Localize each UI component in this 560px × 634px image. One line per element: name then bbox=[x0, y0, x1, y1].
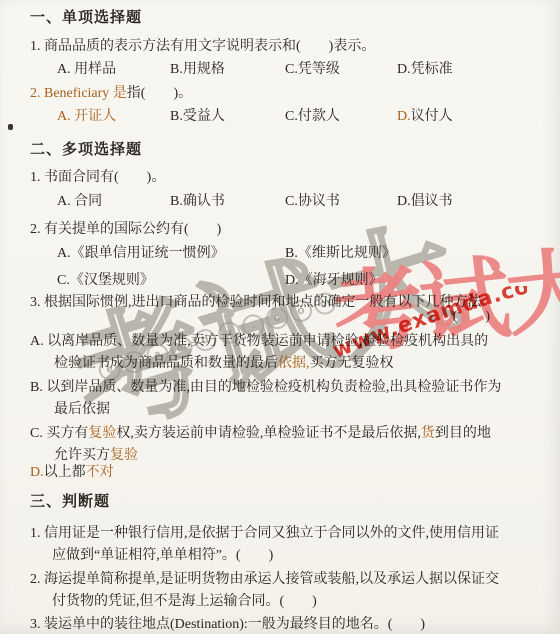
option-text-highlight: 复验 bbox=[88, 426, 116, 441]
options-s2q1: A. 合同 B.确认书 C.协议书 D.倡议书 bbox=[57, 194, 542, 210]
option-d-text: 议付人 bbox=[411, 109, 453, 124]
option-c: C.付款人 bbox=[285, 109, 397, 125]
question-line: 1. 信用证是一种银行信用,是依据于合同又独立于合同以外的文件,使用信用证 bbox=[30, 523, 542, 545]
option-text-highlight: 复验 bbox=[110, 448, 138, 463]
option-a: A. 合同 bbox=[57, 194, 170, 210]
option-s2q3-b: B. 以到岸品质、数量为准,由目的地检验检疫机构负责检验,出具检验证书作为 最后… bbox=[30, 377, 542, 421]
question-line: 2. 海运提单简称提单,是证明货物由承运人接管或装船,以及承运人据以保证交 bbox=[30, 569, 542, 591]
section-multi-choice: 二、多项选择题 1. 书面合同有( )。 A. 合同 B.确认书 C.协议书 D… bbox=[30, 142, 542, 481]
options-s2q2-row2: C.《汉堡规则》 D.《海牙规则》 bbox=[57, 273, 542, 289]
question-s3q1: 1. 信用证是一种银行信用,是依据于合同又独立于合同以外的文件,使用信用证 应做… bbox=[30, 523, 542, 567]
option-a: A. 开证人 bbox=[57, 109, 170, 125]
option-s2q3-d: D.以上都不对 bbox=[30, 465, 542, 481]
exam-page: 考试大 examda.com 考试大 www.examda.com 一、单项选择… bbox=[0, 0, 560, 634]
question-s3q2: 2. 海运提单简称提单,是证明货物由承运人接管或装船,以及承运人据以保证交 付货… bbox=[30, 569, 542, 613]
exam-content: 一、单项选择题 1. 商品品质的表示方法有用文字说明表示和( )表示。 A. 用… bbox=[0, 0, 560, 634]
question-s1q1: 1. 商品品质的表示方法有用文字说明表示和( )表示。 bbox=[30, 39, 542, 55]
option-d: D.《海牙规则》 bbox=[285, 273, 542, 289]
section-title: 三、判断题 bbox=[30, 494, 542, 510]
section-single-choice: 一、单项选择题 1. 商品品质的表示方法有用文字说明表示和( )表示。 A. 用… bbox=[30, 10, 542, 125]
option-text: 买方无复验权 bbox=[310, 356, 394, 371]
option-d-letter: D. bbox=[397, 109, 411, 124]
option-line: 检验证书成为商品品质和数量的最后依据,买方无复验权 bbox=[54, 353, 542, 375]
term-beneficiary: Beneficiary bbox=[44, 86, 113, 101]
question-line: 应做到“单证相符,单单相符”。( ) bbox=[52, 545, 542, 567]
option-text: 允许买方 bbox=[54, 448, 110, 463]
option-text-highlight: 依据, bbox=[278, 356, 310, 371]
answer-paren: ( ) bbox=[30, 309, 542, 325]
option-text: 到目的地 bbox=[435, 426, 491, 441]
option-text: 检验证书成为商品品质和数量的最后 bbox=[54, 356, 278, 371]
option-text-highlight: 不对 bbox=[86, 465, 114, 480]
option-c: C.协议书 bbox=[285, 194, 397, 210]
section-title: 二、多项选择题 bbox=[30, 142, 542, 158]
question-text: 指( )。 bbox=[127, 86, 192, 101]
section-title: 一、单项选择题 bbox=[30, 10, 542, 26]
option-line: A. 以离岸品质、数量为准,卖方于货物装运前申请检验,检验检疫机构出具的 bbox=[30, 331, 542, 353]
options-s2q2-row1: A.《跟单信用证统一惯例》 B.《维斯比规则》 bbox=[57, 246, 542, 262]
option-c: C.凭等级 bbox=[285, 62, 397, 78]
question-line: 3. 装运单中的装往地点(Destination):一般为最终目的地名。( ) bbox=[30, 614, 542, 634]
option-b: B.用规格 bbox=[170, 62, 285, 78]
option-d: D.凭标准 bbox=[397, 62, 542, 78]
option-d: D.倡议书 bbox=[397, 194, 542, 210]
option-b: B.确认书 bbox=[170, 194, 285, 210]
option-a: A.《跟单信用证统一惯例》 bbox=[57, 246, 285, 262]
option-a: A. 用样品 bbox=[57, 62, 170, 78]
options-s1q1: A. 用样品 B.用规格 C.凭等级 D.凭标准 bbox=[57, 62, 542, 78]
option-text: 权,卖方装运前申请检验,单检验证书不是最后依据, bbox=[116, 426, 421, 441]
question-s1q2: 2. Beneficiary 是指( )。 bbox=[30, 86, 542, 102]
option-text-highlight: 货 bbox=[421, 426, 435, 441]
question-s2q1: 1. 书面合同有( )。 bbox=[30, 170, 542, 186]
option-text: 以上都 bbox=[44, 465, 86, 480]
option-line: B. 以到岸品质、数量为准,由目的地检验检疫机构负责检验,出具检验证书作为 bbox=[30, 377, 542, 399]
question-text-highlight: 是 bbox=[113, 86, 127, 101]
option-line: 允许买方复验 bbox=[54, 445, 542, 467]
option-s2q3-c: C. 买方有复验权,卖方装运前申请检验,单检验证书不是最后依据,货到目的地 允许… bbox=[30, 423, 542, 467]
section-true-false: 三、判断题 1. 信用证是一种银行信用,是依据于合同又独立于合同以外的文件,使用… bbox=[30, 494, 542, 634]
question-s3q3: 3. 装运单中的装往地点(Destination):一般为最终目的地名。( ) bbox=[30, 614, 542, 634]
option-d-letter: D. bbox=[30, 465, 44, 480]
option-text: C. 买方有 bbox=[30, 426, 88, 441]
question-line: 付货物的凭证,但不是海上运输合同。( ) bbox=[52, 591, 542, 613]
question-number: 2. bbox=[30, 86, 44, 101]
option-line: 最后依据 bbox=[54, 399, 542, 421]
option-d: D.议付人 bbox=[397, 109, 542, 125]
option-line: C. 买方有复验权,卖方装运前申请检验,单检验证书不是最后依据,货到目的地 bbox=[30, 423, 542, 445]
question-s2q2: 2. 有关提单的国际公约有( ) bbox=[30, 222, 542, 238]
option-s2q3-a: A. 以离岸品质、数量为准,卖方于货物装运前申请检验,检验检疫机构出具的 检验证… bbox=[30, 331, 542, 375]
options-s1q2: A. 开证人 B.受益人 C.付款人 D.议付人 bbox=[57, 109, 542, 125]
option-c: C.《汉堡规则》 bbox=[57, 273, 285, 289]
option-b: B.受益人 bbox=[170, 109, 285, 125]
option-b: B.《维斯比规则》 bbox=[285, 246, 542, 262]
